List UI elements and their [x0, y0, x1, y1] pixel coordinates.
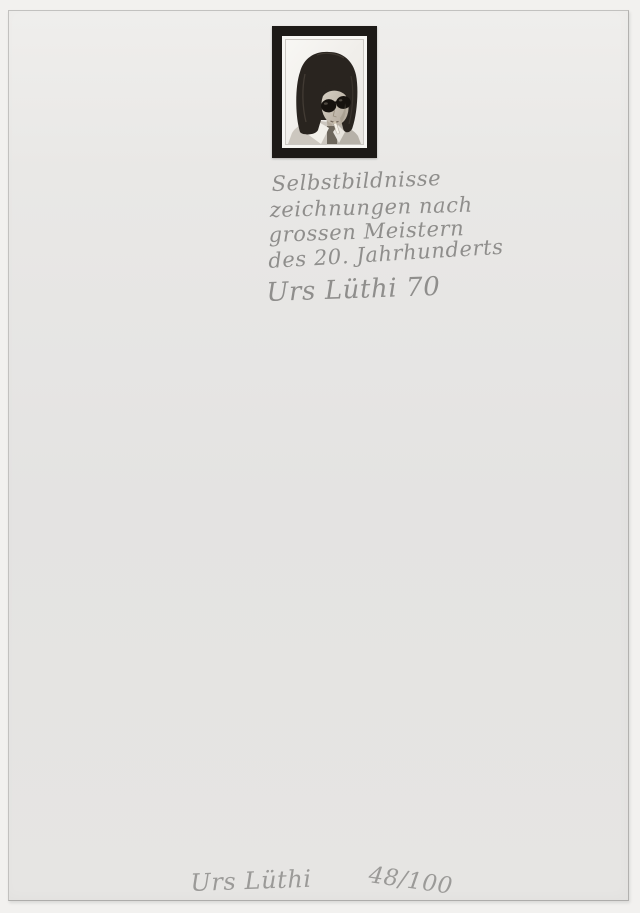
photo-frame — [272, 26, 377, 158]
artist-signature: Urs Lüthi — [190, 865, 312, 897]
inscription-line-1: Selbstbildnisse — [271, 166, 441, 196]
inscription-line-5: Urs Lüthi 70 — [266, 272, 441, 308]
edition-number: 48/100 — [367, 862, 454, 900]
paper-sheet: Selbstbildnisse zeichnungen nach grossen… — [8, 10, 629, 901]
photo-mat — [282, 36, 367, 148]
portrait-photo — [286, 40, 363, 144]
